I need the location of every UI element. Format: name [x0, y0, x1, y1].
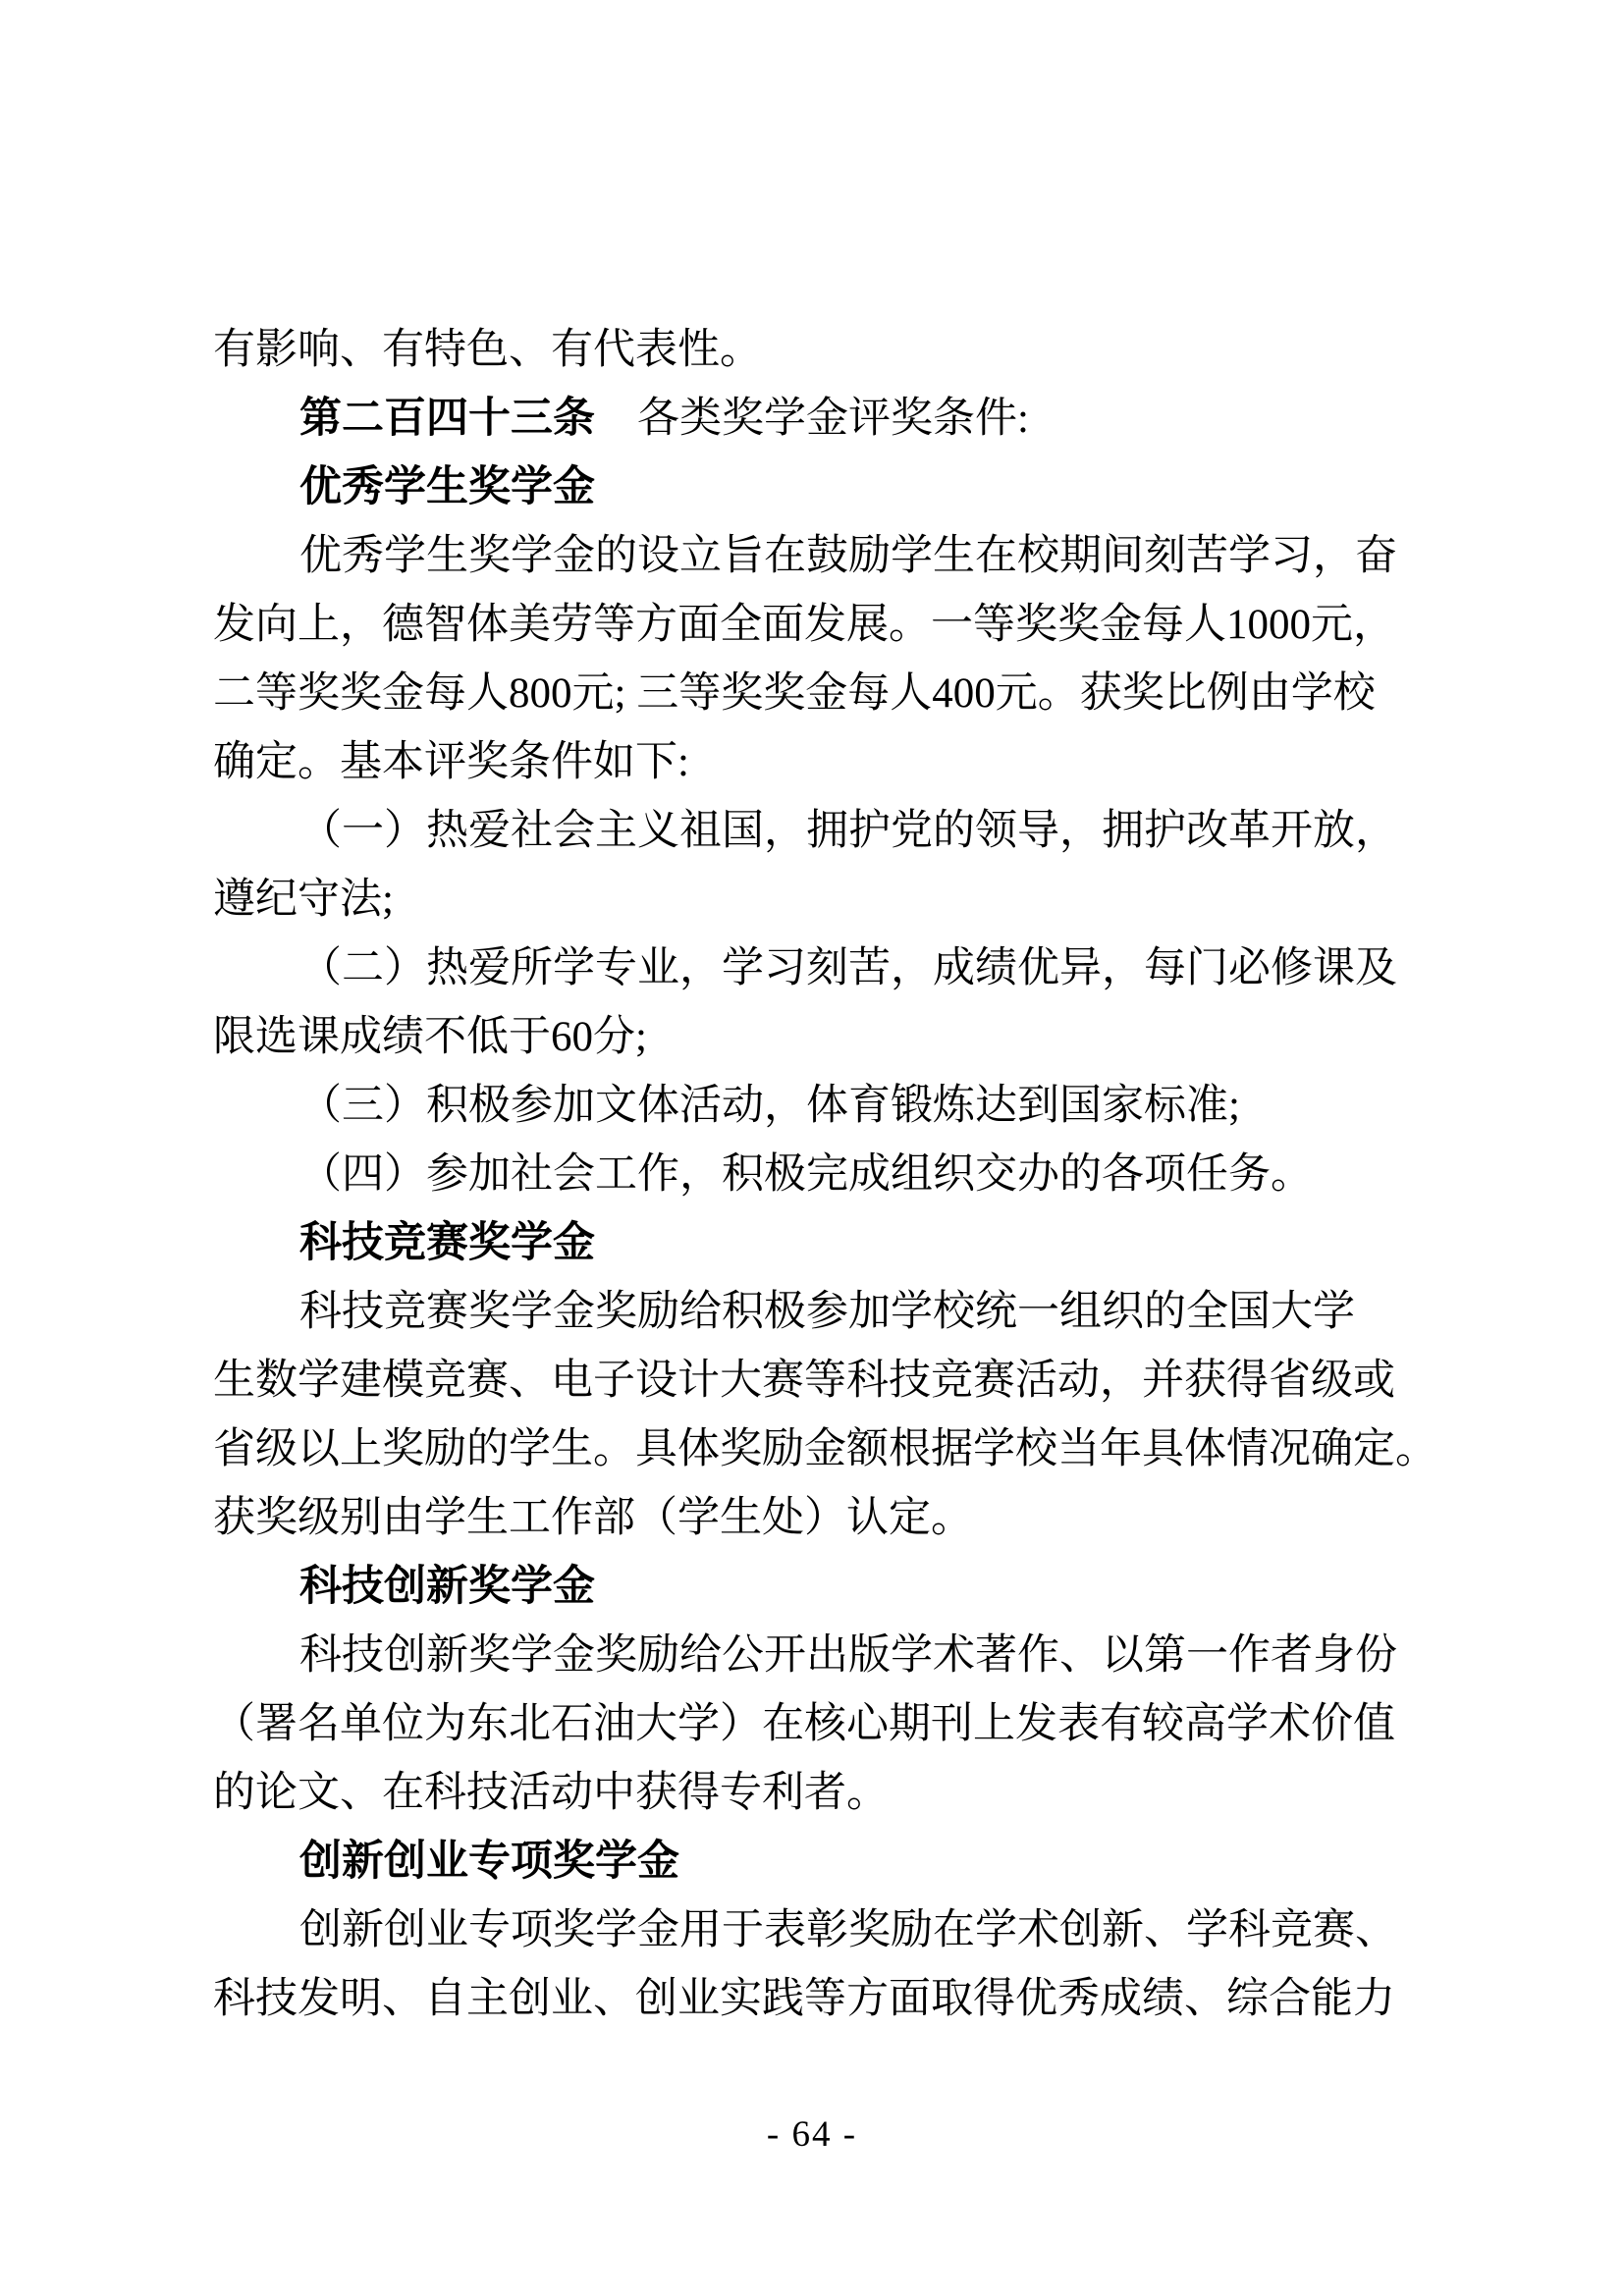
list-item-line: （三）积极参加文体活动，体育锻炼达到国家标准;	[213, 1072, 1431, 1141]
text-line: 创新创业专项奖学金用于表彰奖励在学术创新、学科竞赛、	[213, 1896, 1431, 1965]
text-line: 生数学建模竞赛、电子设计大赛等科技竞赛活动，并获得省级或	[213, 1347, 1431, 1415]
article-number: 第二百四十三条	[299, 396, 595, 442]
text-line: 限选课成绩不低于60分;	[213, 1003, 1431, 1072]
text-line: 有影响、有特色、有代表性。	[213, 316, 1431, 385]
text-line: 获奖级别由学生工作部（学生处）认定。	[213, 1484, 1431, 1553]
text-line: （署名单位为东北石油大学）在核心期刊上发表有较高学术价值	[213, 1690, 1431, 1759]
page-number: - 64 -	[0, 2109, 1624, 2162]
text-line: 科技发明、自主创业、创业实践等方面取得优秀成绩、综合能力	[213, 1965, 1431, 2034]
text-line: 科技创新奖学金奖励给公开出版学术著作、以第一作者身份	[213, 1622, 1431, 1690]
text-line: 遵纪守法;	[213, 866, 1431, 934]
text-line: 确定。基本评奖条件如下:	[213, 728, 1431, 797]
text-line: 发向上，德智体美劳等方面全面发展。一等奖奖金每人1000元，	[213, 591, 1431, 660]
section-heading: 创新创业专项奖学金	[213, 1828, 1431, 1896]
text-line: 二等奖奖金每人800元; 三等奖奖金每人400元。获奖比例由学校	[213, 660, 1431, 728]
text-line: 科技竞赛奖学金奖励给积极参加学校统一组织的全国大学	[213, 1278, 1431, 1347]
document-body: 有影响、有特色、有代表性。 第二百四十三条 各类奖学金评奖条件: 优秀学生奖学金…	[213, 316, 1431, 2034]
text-line: 省级以上奖励的学生。具体奖励金额根据学校当年具体情况确定。	[213, 1415, 1431, 1484]
text-line: 优秀学生奖学金的设立旨在鼓励学生在校期间刻苦学习，奋	[213, 522, 1431, 591]
section-heading: 科技竞赛奖学金	[213, 1209, 1431, 1278]
text-line: 的论文、在科技活动中获得专利者。	[213, 1759, 1431, 1828]
list-item-line: （一）热爱社会主义祖国，拥护党的领导，拥护改革开放，	[213, 797, 1431, 866]
section-heading: 科技创新奖学金	[213, 1553, 1431, 1622]
list-item-line: （四）参加社会工作，积极完成组织交办的各项任务。	[213, 1141, 1431, 1209]
article-title: 各类奖学金评奖条件:	[595, 396, 1029, 442]
section-heading: 优秀学生奖学金	[213, 454, 1431, 522]
document-page: 有影响、有特色、有代表性。 第二百四十三条 各类奖学金评奖条件: 优秀学生奖学金…	[0, 0, 1624, 2296]
list-item-line: （二）热爱所学专业，学习刻苦，成绩优异，每门必修课及	[213, 934, 1431, 1003]
article-line: 第二百四十三条 各类奖学金评奖条件:	[213, 385, 1431, 454]
